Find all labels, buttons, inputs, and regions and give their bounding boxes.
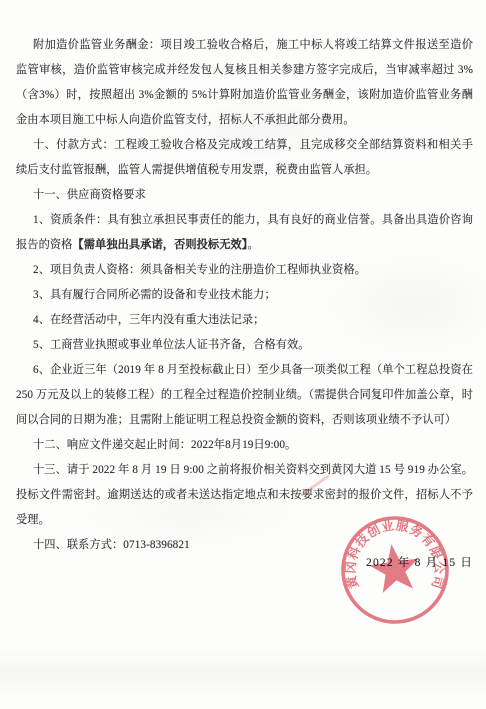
item-1-bold-note: 【需单独出具承诺，否则投标无效】 <box>72 239 247 251</box>
paragraph-item-4-no-violation: 4、在经营活动中，三年内没有重大违法记录； <box>16 308 473 333</box>
paragraph-clause-11-heading: 十一、供应商资格要求 <box>16 183 473 208</box>
paragraph-item-6-track-record: 6、企业近三年（2019 年 8 月至投标截止日）至少具备一项类似工程（单个工程… <box>16 358 473 433</box>
star-icon <box>367 541 422 594</box>
paragraph-surcharge: 附加造价监管业务酬金：项目竣工验收合格后，施工中标人将竣工结算文件报送至造价监管… <box>16 33 473 133</box>
paragraph-clause-10-payment: 十、付款方式：工程竣工验收合格及完成竣工结算，且完成移交全部结算资料和相关手续后… <box>16 133 473 183</box>
scanned-document-page: 附加造价监管业务酬金：项目竣工验收合格后，施工中标人将竣工结算文件报送至造价监管… <box>0 0 486 709</box>
paragraph-item-3-equipment: 3、具有履行合同所必需的设备和专业技术能力； <box>16 283 473 308</box>
company-seal: 黄冈科技创业服务有限公司 <box>335 508 455 632</box>
paragraph-item-2-project-leader: 2、项目负责人资格：须具备相关专业的注册造价工程师执业资格。 <box>16 258 473 283</box>
scan-bleedthrough-artifact <box>0 650 486 695</box>
paragraph-item-5-license: 5、工商营业执照或事业单位法人证书齐备，合格有效。 <box>16 333 473 358</box>
paragraph-clause-12-deadline: 十二、响应文件递交起止时间：2022年8月19日9:00。 <box>16 433 473 458</box>
document-body: 附加造价监管业务酬金：项目竣工验收合格后，施工中标人将竣工结算文件报送至造价监管… <box>0 0 486 558</box>
paragraph-item-1-qualification: 1、资质条件：具有独立承担民事责任的能力，具有良好的商业信誉。具备出具造价咨询报… <box>16 208 473 258</box>
item-1-period: 。 <box>247 239 258 251</box>
